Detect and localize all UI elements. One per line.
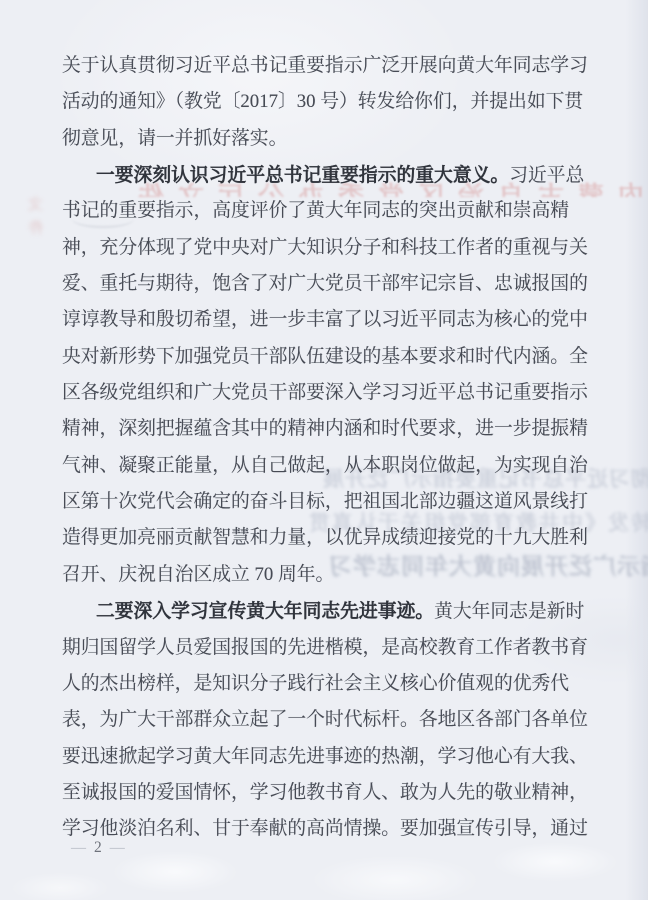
text-line-22: 学习他淡泊名利、甘于奉献的高尚情操。要加强宣传引导，通过: [62, 811, 608, 847]
text-line-1: 关于认真贯彻习近平总书记重要指示广泛开展向黄大年同志学习: [62, 48, 608, 84]
bleed-through-red-left-strokes: 文件: [26, 196, 47, 386]
section-heading-2: 二要深入学习宣传黄大年同志先进事迹。: [96, 600, 434, 621]
text-line-20: 要迅速掀起学习黄大年同志先进事迹的热潮，学习他心有大我、: [62, 739, 608, 775]
line-text: 书记的重要指示，高度评价了黄大年同志的突出贡献和崇高精: [62, 200, 569, 221]
page-number-right-dash: —: [103, 840, 133, 856]
text-line-17: 期归国留学人员爱国报国的先进楷模，是高校教育工作者教书育: [62, 630, 608, 666]
text-line-14: 造得更加亮丽贡献智慧和力量，以优异成绩迎接党的十九大胜利: [62, 520, 608, 556]
text-line-19: 表，为广大干部群众立起了一个时代标杆。各地区各部门各单位: [62, 702, 608, 738]
line-text: 要迅速掀起学习黄大年同志先进事迹的热潮，学习他心有大我、: [62, 746, 588, 767]
line-text: 关于认真贯彻习近平总书记重要指示广泛开展向黄大年同志学习: [62, 55, 588, 76]
line-text: 央对新形势下加强党员干部队伍建设的基本要求和时代内涵。全: [62, 346, 588, 367]
text-line-2: 活动的通知》（教党〔2017〕30 号）转发给你们，并提出如下贯: [62, 84, 608, 120]
page-number: —2—: [64, 839, 133, 857]
line-text: 学习他淡泊名利、甘于奉献的高尚情操。要加强宣传引导，通过: [62, 818, 588, 839]
text-line-11: 精神，深刻把握蕴含其中的精神内涵和时代要求，进一步提振精: [62, 411, 608, 447]
page-number-left-dash: —: [64, 840, 94, 856]
text-line-3: 彻意见，请一并抓好落实。: [62, 121, 608, 157]
line-text: 黄大年同志是新时: [434, 601, 584, 622]
section-heading-1: 一要深刻认识习近平总书记重要指示的重大意义。: [96, 164, 509, 185]
text-line-10: 区各级党组织和广大党员干部要深入学习习近平总书记重要指示: [62, 375, 608, 411]
line-text: 谆谆教导和殷切希望，进一步丰富了以习近平同志为核心的党中: [62, 309, 588, 330]
line-text: 爱、重托与期待，饱含了对广大党员干部牢记宗旨、忠诚报国的: [62, 273, 588, 294]
text-line-6: 神，充分体现了党中央对广大知识分子和科技工作者的重视与关: [62, 230, 608, 266]
text-line-16-heading-2: 二要深入学习宣传黄大年同志先进事迹。黄大年同志是新时: [62, 593, 608, 629]
scanned-document-page: 内蒙古自治区党委办公厅文件 文件 彻习近平总书记重要指示广泛开展 转发《中共教育…: [0, 0, 648, 900]
text-line-21: 至诚报国的爱国情怀，学习他教书育人、敢为人先的敬业精神，: [62, 775, 608, 811]
line-text: 精神，深刻把握蕴含其中的精神内涵和时代要求，进一步提振精: [62, 418, 588, 439]
line-text: 造得更加亮丽贡献智慧和力量，以优异成绩迎接党的十九大胜利: [62, 527, 588, 548]
line-text: 习近平总: [509, 165, 584, 186]
line-text: 彻意见，请一并抓好落实。: [62, 128, 287, 149]
text-line-12: 气神、凝聚正能量，从自己做起，从本职岗位做起，为实现自治: [62, 448, 608, 484]
line-text: 活动的通知》（教党〔2017〕30 号）转发给你们，并提出如下贯: [62, 91, 583, 112]
page-number-value: 2: [94, 839, 103, 856]
line-text: 表，为广大干部群众立起了一个时代标杆。各地区各部门各单位: [62, 709, 588, 730]
line-text: 期归国留学人员爱国报国的先进楷模，是高校教育工作者教书育: [62, 637, 588, 658]
document-body: 关于认真贯彻习近平总书记重要指示广泛开展向黄大年同志学习 活动的通知》（教党〔2…: [62, 48, 608, 848]
line-text: 气神、凝聚正能量，从自己做起，从本职岗位做起，为实现自治: [62, 455, 588, 476]
line-text: 区第十次党代会确定的奋斗目标，把祖国北部边疆这道风景线打: [62, 491, 588, 512]
text-line-18: 人的杰出榜样，是知识分子践行社会主义核心价值观的优秀代: [62, 666, 608, 702]
text-line-9: 央对新形势下加强党员干部队伍建设的基本要求和时代内涵。全: [62, 339, 608, 375]
text-line-5: 书记的重要指示，高度评价了黄大年同志的突出贡献和崇高精: [62, 193, 608, 229]
text-line-7: 爱、重托与期待，饱含了对广大党员干部牢记宗旨、忠诚报国的: [62, 266, 608, 302]
line-text: 区各级党组织和广大党员干部要深入学习习近平总书记重要指示: [62, 382, 588, 403]
line-text: 神，充分体现了党中央对广大知识分子和科技工作者的重视与关: [62, 237, 588, 258]
line-text: 召开、庆祝自治区成立 70 周年。: [62, 564, 334, 585]
text-line-4-heading-1: 一要深刻认识习近平总书记重要指示的重大意义。习近平总: [62, 157, 608, 193]
text-line-15: 召开、庆祝自治区成立 70 周年。: [62, 557, 608, 593]
text-line-13: 区第十次党代会确定的奋斗目标，把祖国北部边疆这道风景线打: [62, 484, 608, 520]
text-line-8: 谆谆教导和殷切希望，进一步丰富了以习近平同志为核心的党中: [62, 302, 608, 338]
line-text: 至诚报国的爱国情怀，学习他教书育人、敢为人先的敬业精神，: [62, 782, 588, 803]
line-text: 人的杰出榜样，是知识分子践行社会主义核心价值观的优秀代: [62, 673, 569, 694]
